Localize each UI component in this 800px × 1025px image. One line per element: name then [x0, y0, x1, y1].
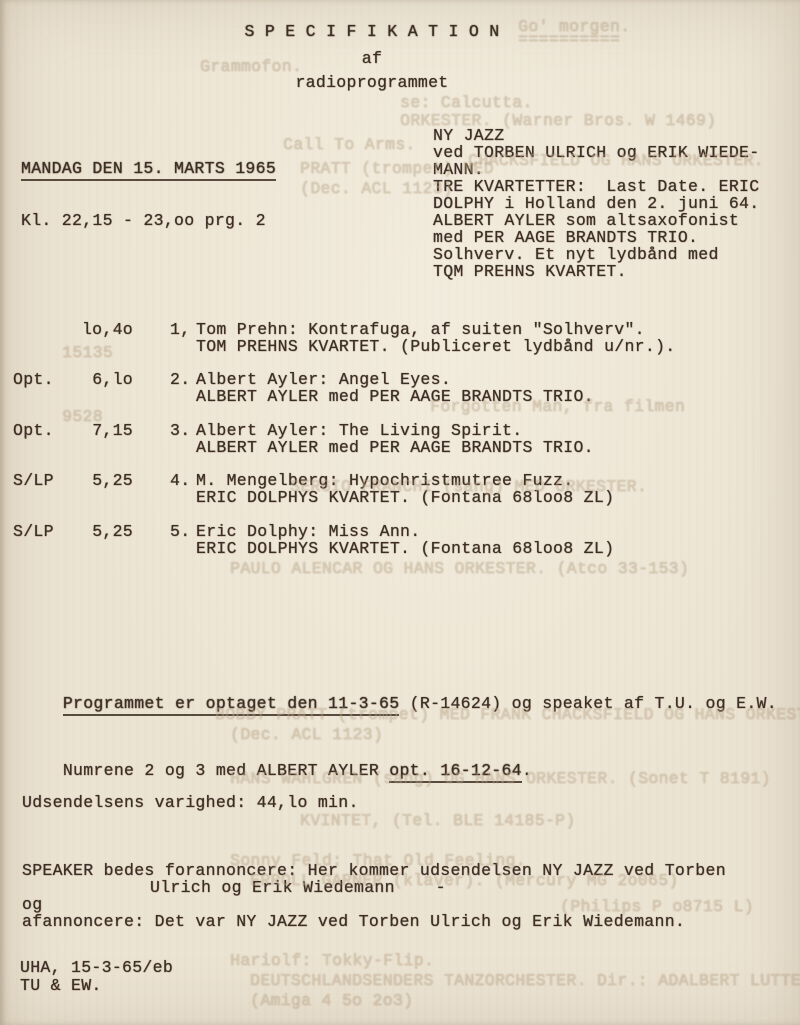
document-page: S P E C I F I K A T I O N af radioprogra…: [0, 0, 800, 1025]
track-source-label: Opt.: [13, 422, 54, 439]
og-connector: og: [22, 896, 42, 913]
track-number: 3.: [170, 422, 190, 439]
track-source-label: Opt.: [13, 371, 54, 388]
page-subtitle-af: af: [0, 50, 744, 67]
program-intro: NY JAZZ ved TORBEN ULRICH og ERIK WIEDE-…: [433, 127, 759, 280]
ghost-bleedthrough-text: KVINTET, (Tel. BLE 14185-P): [300, 812, 575, 829]
ghost-bleedthrough-text: 15135: [62, 344, 113, 361]
track-text: Albert Ayler: The Living Spirit. ALBERT …: [196, 422, 594, 456]
track-text: Eric Dolphy: Miss Ann. ERIC DOLPHYS KVAR…: [196, 523, 614, 557]
ghost-bleedthrough-text: Forgotten Man, fra filmen: [430, 398, 685, 415]
duration-note: Udsendelsens varighed: 44,lo min.: [22, 794, 359, 811]
broadcast-date: MANDAG DEN 15. MARTS 1965: [21, 159, 276, 181]
ghost-bleedthrough-text: Grammofon.: [200, 58, 302, 75]
track-number: 1,: [170, 321, 190, 338]
ghost-bleedthrough-text: HANS WAHLGREN (sang) OG HANS ORKESTER. (…: [230, 770, 771, 787]
signature-line2: TU & EW.: [20, 977, 102, 994]
broadcast-time: Kl. 22,15 - 23,oo prg. 2: [21, 212, 276, 229]
ghost-bleedthrough-text: ORKESTER. (Warner Bros. W 1469): [400, 112, 716, 129]
ghost-bleedthrough-text: 9528: [62, 408, 103, 425]
track-duration: 6,lo: [60, 371, 133, 388]
ghost-bleedthrough-text: (Dec. ACL 1123): [230, 726, 383, 743]
ghost-bleedthrough-text: PRATT (trompet) MED: [300, 160, 494, 177]
track-duration: 5,25: [60, 523, 133, 540]
ghost-bleedthrough-text: Sonny Feld: That Old Feeling.: [230, 852, 526, 869]
track-duration: 5,25: [60, 472, 133, 489]
ghost-bleedthrough-text: Hariolf: Tokky-Flip.: [230, 952, 434, 969]
ghost-bleedthrough-text: ERROLL GARNER (klaver). (Mercury MG 2o06…: [250, 872, 678, 889]
ghost-bleedthrough-text: DEUTSCHLANDSENDERS TANZORCHESTER. Dir.: …: [250, 972, 800, 989]
track-number: 4.: [170, 472, 190, 489]
ghost-bleedthrough-text: CHACKSFIELD OG HANS ORKESTER.: [468, 152, 764, 169]
broadcast-info: MANDAG DEN 15. MARTS 1965 Kl. 22,15 - 23…: [21, 126, 276, 263]
page-title: S P E C I F I K A T I O N: [0, 23, 744, 40]
track-number: 5.: [170, 523, 190, 540]
ghost-bleedthrough-text: Call To Arms.: [283, 136, 416, 153]
track-text: Tom Prehn: Kontrafuga, af suiten "Solhve…: [196, 321, 675, 355]
ghost-bleedthrough-text: (Amiga 4 5o 2o3): [250, 992, 413, 1009]
ghost-bleedthrough-text: SERGIO FRANCHI (sang) MED ORKESTER.: [290, 478, 647, 495]
ghost-bleedthrough-text: (Dec. ACL 1123): [300, 180, 453, 197]
track-source-label: S/LP: [13, 472, 54, 489]
track-source-label: S/LP: [13, 523, 54, 540]
page-subtitle-program: radioprogrammet: [0, 74, 744, 91]
ghost-bleedthrough-text: (Philips P o8715 L): [560, 898, 754, 915]
track-duration: lo,4o: [60, 321, 133, 338]
ghost-bleedthrough-text: ==========: [518, 31, 620, 48]
ghost-bleedthrough-text: BOBBY PRATT (trompet) MED FRANK CHACKSFI…: [215, 706, 800, 723]
signature-line1: UHA, 15-3-65/eb: [20, 959, 173, 976]
ghost-bleedthrough-text: se: Calcutta.: [400, 94, 533, 111]
ghost-bleedthrough-text: PAULO ALENCAR OG HANS ORKESTER. (Atco 33…: [230, 560, 689, 577]
track-number: 2.: [170, 371, 190, 388]
